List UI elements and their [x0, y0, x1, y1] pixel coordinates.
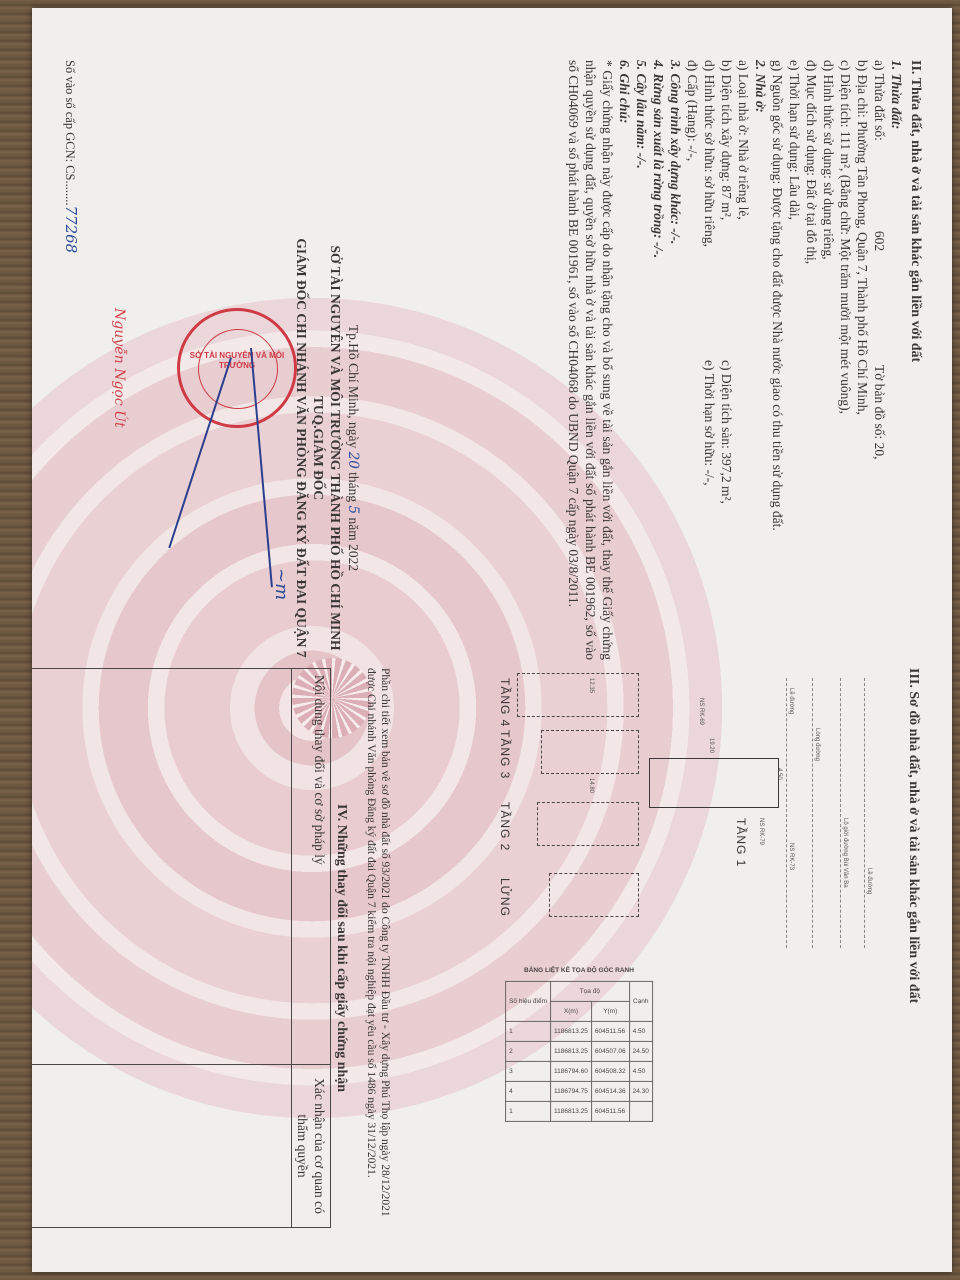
floor-plan-lung [549, 873, 639, 917]
drawing-reference-note: Phần chi tiết xem bản vẽ sơ đồ nhà đất s… [364, 668, 392, 1228]
land-purpose: đ) Mục đích sử dụng: Đất ở tại đô thị, [803, 60, 820, 660]
signature-block: Tp.Hồ Chí Minh, ngày 20 tháng 5 năm 2022… [293, 228, 362, 668]
house-ownership-form: d) Hình thức sở hữu: sở hữu riêng, [701, 60, 718, 360]
section-ii: II. Thửa đất, nhà ở và tài sản khác gắn … [565, 60, 924, 660]
confirmation-cell [32, 1065, 292, 1228]
signer-name: Nguyễn Ngọc Út [111, 308, 127, 428]
section-iii: III. Sơ đồ nhà đất, nhà ở và tài sản khá… [479, 668, 922, 1248]
registry-number-value: 77268 [62, 206, 80, 254]
issue-date: Tp.Hồ Chí Minh, ngày 20 tháng 5 năm 2022 [344, 228, 362, 668]
road-line [840, 678, 841, 948]
parcel-number-label: a) Thửa đất số:602 [871, 60, 888, 275]
floor-plan-tang-2 [537, 802, 639, 846]
house-floor-area: c) Diện tích sàn: 397,2 m², [719, 360, 734, 504]
table-row: 41186794.75604514.3624.30 [506, 1081, 653, 1101]
notes-text: * Giấy chứng nhận này được cấp do nhận t… [565, 60, 616, 660]
section-iv: IV. Những thay đổi sau khi cấp giấy chứn… [32, 668, 350, 1228]
changes-table: Nội dung thay đổi và cơ sở pháp lý Xác n… [32, 668, 331, 1228]
land-heading: 1. Thửa đất: [888, 60, 905, 660]
corner-coordinate-table: BẢNG LIỆT KÊ TỌA ĐỘ GÓC RANH Số hiệu điể… [505, 962, 653, 1122]
table-row: 31186794.60604508.324.50 [506, 1061, 653, 1081]
table-row: 21186813.25604507.0624.50 [506, 1041, 653, 1061]
road-line [786, 678, 787, 948]
signer-position: GIÁM ĐỐC CHI NHÁNH VĂN PHÒNG ĐĂNG KÝ ĐẤT… [293, 228, 310, 668]
changes-column-header: Nội dung thay đổi và cơ sở pháp lý [292, 669, 331, 1065]
parcel-number-row: a) Thửa đất số:602Tờ bản đồ số: 20, [871, 60, 888, 660]
section-iv-title: IV. Những thay đổi sau khi cấp giấy chứn… [333, 668, 350, 1228]
land-area: c) Diện tích: 111 m², (Bằng chữ: Một tră… [837, 60, 854, 660]
land-term: e) Thời hạn sử dụng: Lâu dài, [786, 60, 803, 660]
issue-month: 5 [345, 506, 361, 515]
parcel-number-value: 602 [872, 231, 887, 251]
floor-plan-tang-1 [649, 758, 779, 808]
seal-text: SỞ TÀI NGUYÊN VÀ MÔI TRƯỜNG [180, 351, 294, 371]
house-type: a) Loại nhà ở: Nhà ở riêng lẻ, [735, 60, 752, 660]
road-line [812, 678, 813, 948]
changes-cell [32, 669, 292, 1065]
registry-number: Số vào sổ cấp GCN: CS........77268 [62, 60, 80, 253]
red-official-seal: SỞ TÀI NGUYÊN VÀ MÔI TRƯỜNG [177, 308, 297, 428]
house-ownership-term: e) Thời hạn sở hữu: -/-, [702, 360, 717, 486]
perennial-trees: 5. Cây lâu năm: -/-. [633, 60, 650, 660]
land-address: b) Địa chỉ: Phường Tân Phong, Quận 7, Th… [854, 60, 871, 660]
issue-day: 20 [345, 452, 361, 469]
other-works: 3. Công trình xây dựng khác: -/-. [667, 60, 684, 660]
house-grade: đ) Cấp (Hạng): -/-, [684, 60, 701, 660]
section-iii-title: III. Sơ đồ nhà đất, nhà ở và tài sản khá… [905, 668, 922, 1248]
table-row: 11186813.25604511.564.50 [506, 1021, 653, 1041]
floor-plan-tang-3 [541, 730, 639, 774]
issuing-authority: SỞ TÀI NGUYÊN VÀ MÔI TRƯỜNG THÀNH PHỐ HỒ… [327, 228, 344, 668]
confirmation-column-header: Xác nhận của cơ quan có thẩm quyền [292, 1065, 331, 1228]
planted-forest: 4. Rừng sản xuất là rừng trồng: -/-. [650, 60, 667, 660]
map-sheet: Tờ bản đồ số: 20, [872, 365, 887, 460]
signature-initials: ~m [271, 568, 292, 600]
house-build-area: b) Diện tích xây dựng: 87 m², [718, 60, 735, 360]
notes-heading: 6. Ghi chú: [616, 60, 633, 660]
land-usage-form: d) Hình thức sử dụng: sử dụng riêng, [820, 60, 837, 660]
section-ii-title: II. Thửa đất, nhà ở và tài sản khác gắn … [907, 60, 924, 660]
land-origin: g) Nguồn gốc sử dụng: Được tặng cho đất … [769, 60, 786, 660]
floor-plan-tang-4 [517, 673, 639, 717]
certificate-page: II. Thửa đất, nhà ở và tài sản khác gắn … [32, 8, 952, 1272]
authorization-line: TUQ.GIÁM ĐỐC [310, 228, 327, 668]
road-line [864, 678, 865, 948]
table-row: 11186813.25604511.56 [506, 1101, 653, 1121]
house-heading: 2. Nhà ở: [752, 60, 769, 660]
floor-plan-diagram: Lề đường Lộ giới đường Bùi Văn Ba Lòng đ… [479, 668, 899, 1248]
